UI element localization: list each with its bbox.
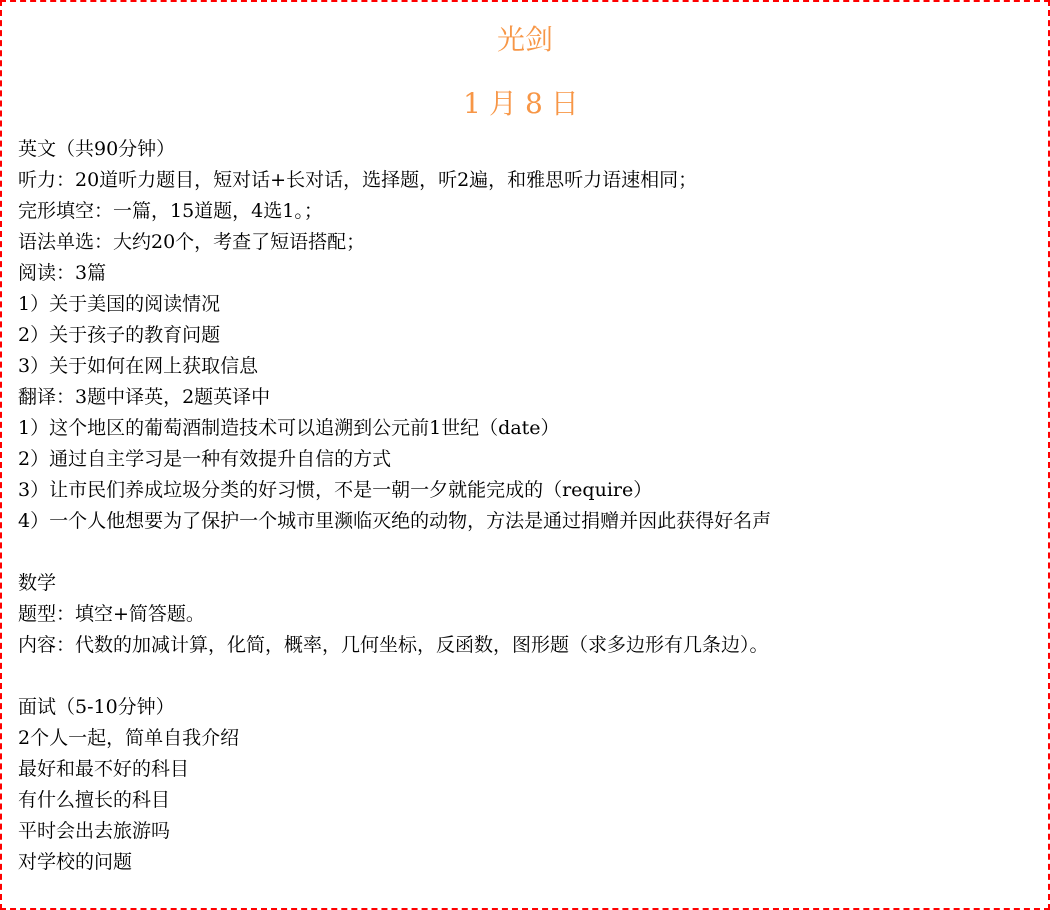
translation-item: 3）让市民们养成垃圾分类的好习惯，不是一朝一夕就能完成的（require）: [18, 475, 1028, 506]
interview-item: 平时会出去旅游吗: [18, 816, 1028, 847]
blank-line: [18, 537, 1028, 568]
document-date: 1月8日: [0, 86, 1050, 122]
blank-line: [18, 661, 1028, 692]
interview-item: 对学校的问题: [18, 847, 1028, 878]
translation-item: 4）一个人他想要为了保护一个城市里濒临灭绝的动物，方法是通过捐赠并因此获得好名声: [18, 506, 1028, 537]
english-cloze: 完形填空：一篇，15道题，4选1。；: [18, 196, 1028, 227]
interview-item: 2个人一起，简单自我介绍: [18, 723, 1028, 754]
translation-item: 2）通过自主学习是一种有效提升自信的方式: [18, 444, 1028, 475]
math-question-types: 题型：填空+简答题。: [18, 599, 1028, 630]
translation-item: 1）这个地区的葡萄酒制造技术可以追溯到公元前1世纪（date）: [18, 413, 1028, 444]
english-heading: 英文（共90分钟）: [18, 134, 1028, 165]
interview-item: 有什么擅长的科目: [18, 785, 1028, 816]
english-listening: 听力：20道听力题目，短对话+长对话，选择题，听2遍，和雅思听力语速相同；: [18, 165, 1028, 196]
english-translation-heading: 翻译：3题中译英，2题英译中: [18, 382, 1028, 413]
reading-item: 1）关于美国的阅读情况: [18, 289, 1028, 320]
english-reading-heading: 阅读：3篇: [18, 258, 1028, 289]
reading-item: 2）关于孩子的教育问题: [18, 320, 1028, 351]
document-body: 英文（共90分钟） 听力：20道听力题目，短对话+长对话，选择题，听2遍，和雅思…: [18, 134, 1028, 878]
english-grammar: 语法单选：大约20个，考查了短语搭配；: [18, 227, 1028, 258]
document-title: 光剑: [0, 22, 1050, 58]
reading-item: 3）关于如何在网上获取信息: [18, 351, 1028, 382]
math-content: 内容：代数的加减计算，化简，概率，几何坐标，反函数，图形题（求多边形有几条边）。: [18, 630, 1028, 661]
interview-heading: 面试（5-10分钟）: [18, 692, 1028, 723]
math-heading: 数学: [18, 568, 1028, 599]
interview-item: 最好和最不好的科目: [18, 754, 1028, 785]
